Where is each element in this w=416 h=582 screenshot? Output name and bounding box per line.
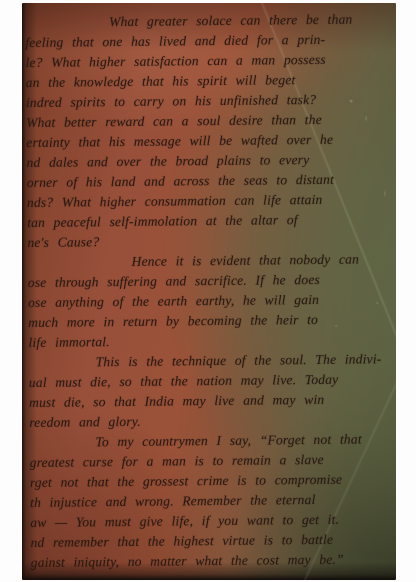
manuscript-text: What greater solace can there be than fe… xyxy=(25,9,396,573)
manuscript-line: rget not that the grossest crime is to c… xyxy=(30,469,396,493)
manuscript-line: gainst iniquity, no matter what the cost… xyxy=(31,549,396,573)
manuscript-line: Hence it is evident that nobody can xyxy=(28,249,396,273)
manuscript-line: What greater solace can there be than xyxy=(25,9,395,33)
screenshot-root: What greater solace can there be than fe… xyxy=(0,0,416,582)
manuscript-line: To my countrymen I say, “Forget not that xyxy=(29,429,396,453)
manuscript-photo: What greater solace can there be than fe… xyxy=(22,3,396,580)
manuscript-line: This is the technique of the soul. The i… xyxy=(29,349,396,373)
